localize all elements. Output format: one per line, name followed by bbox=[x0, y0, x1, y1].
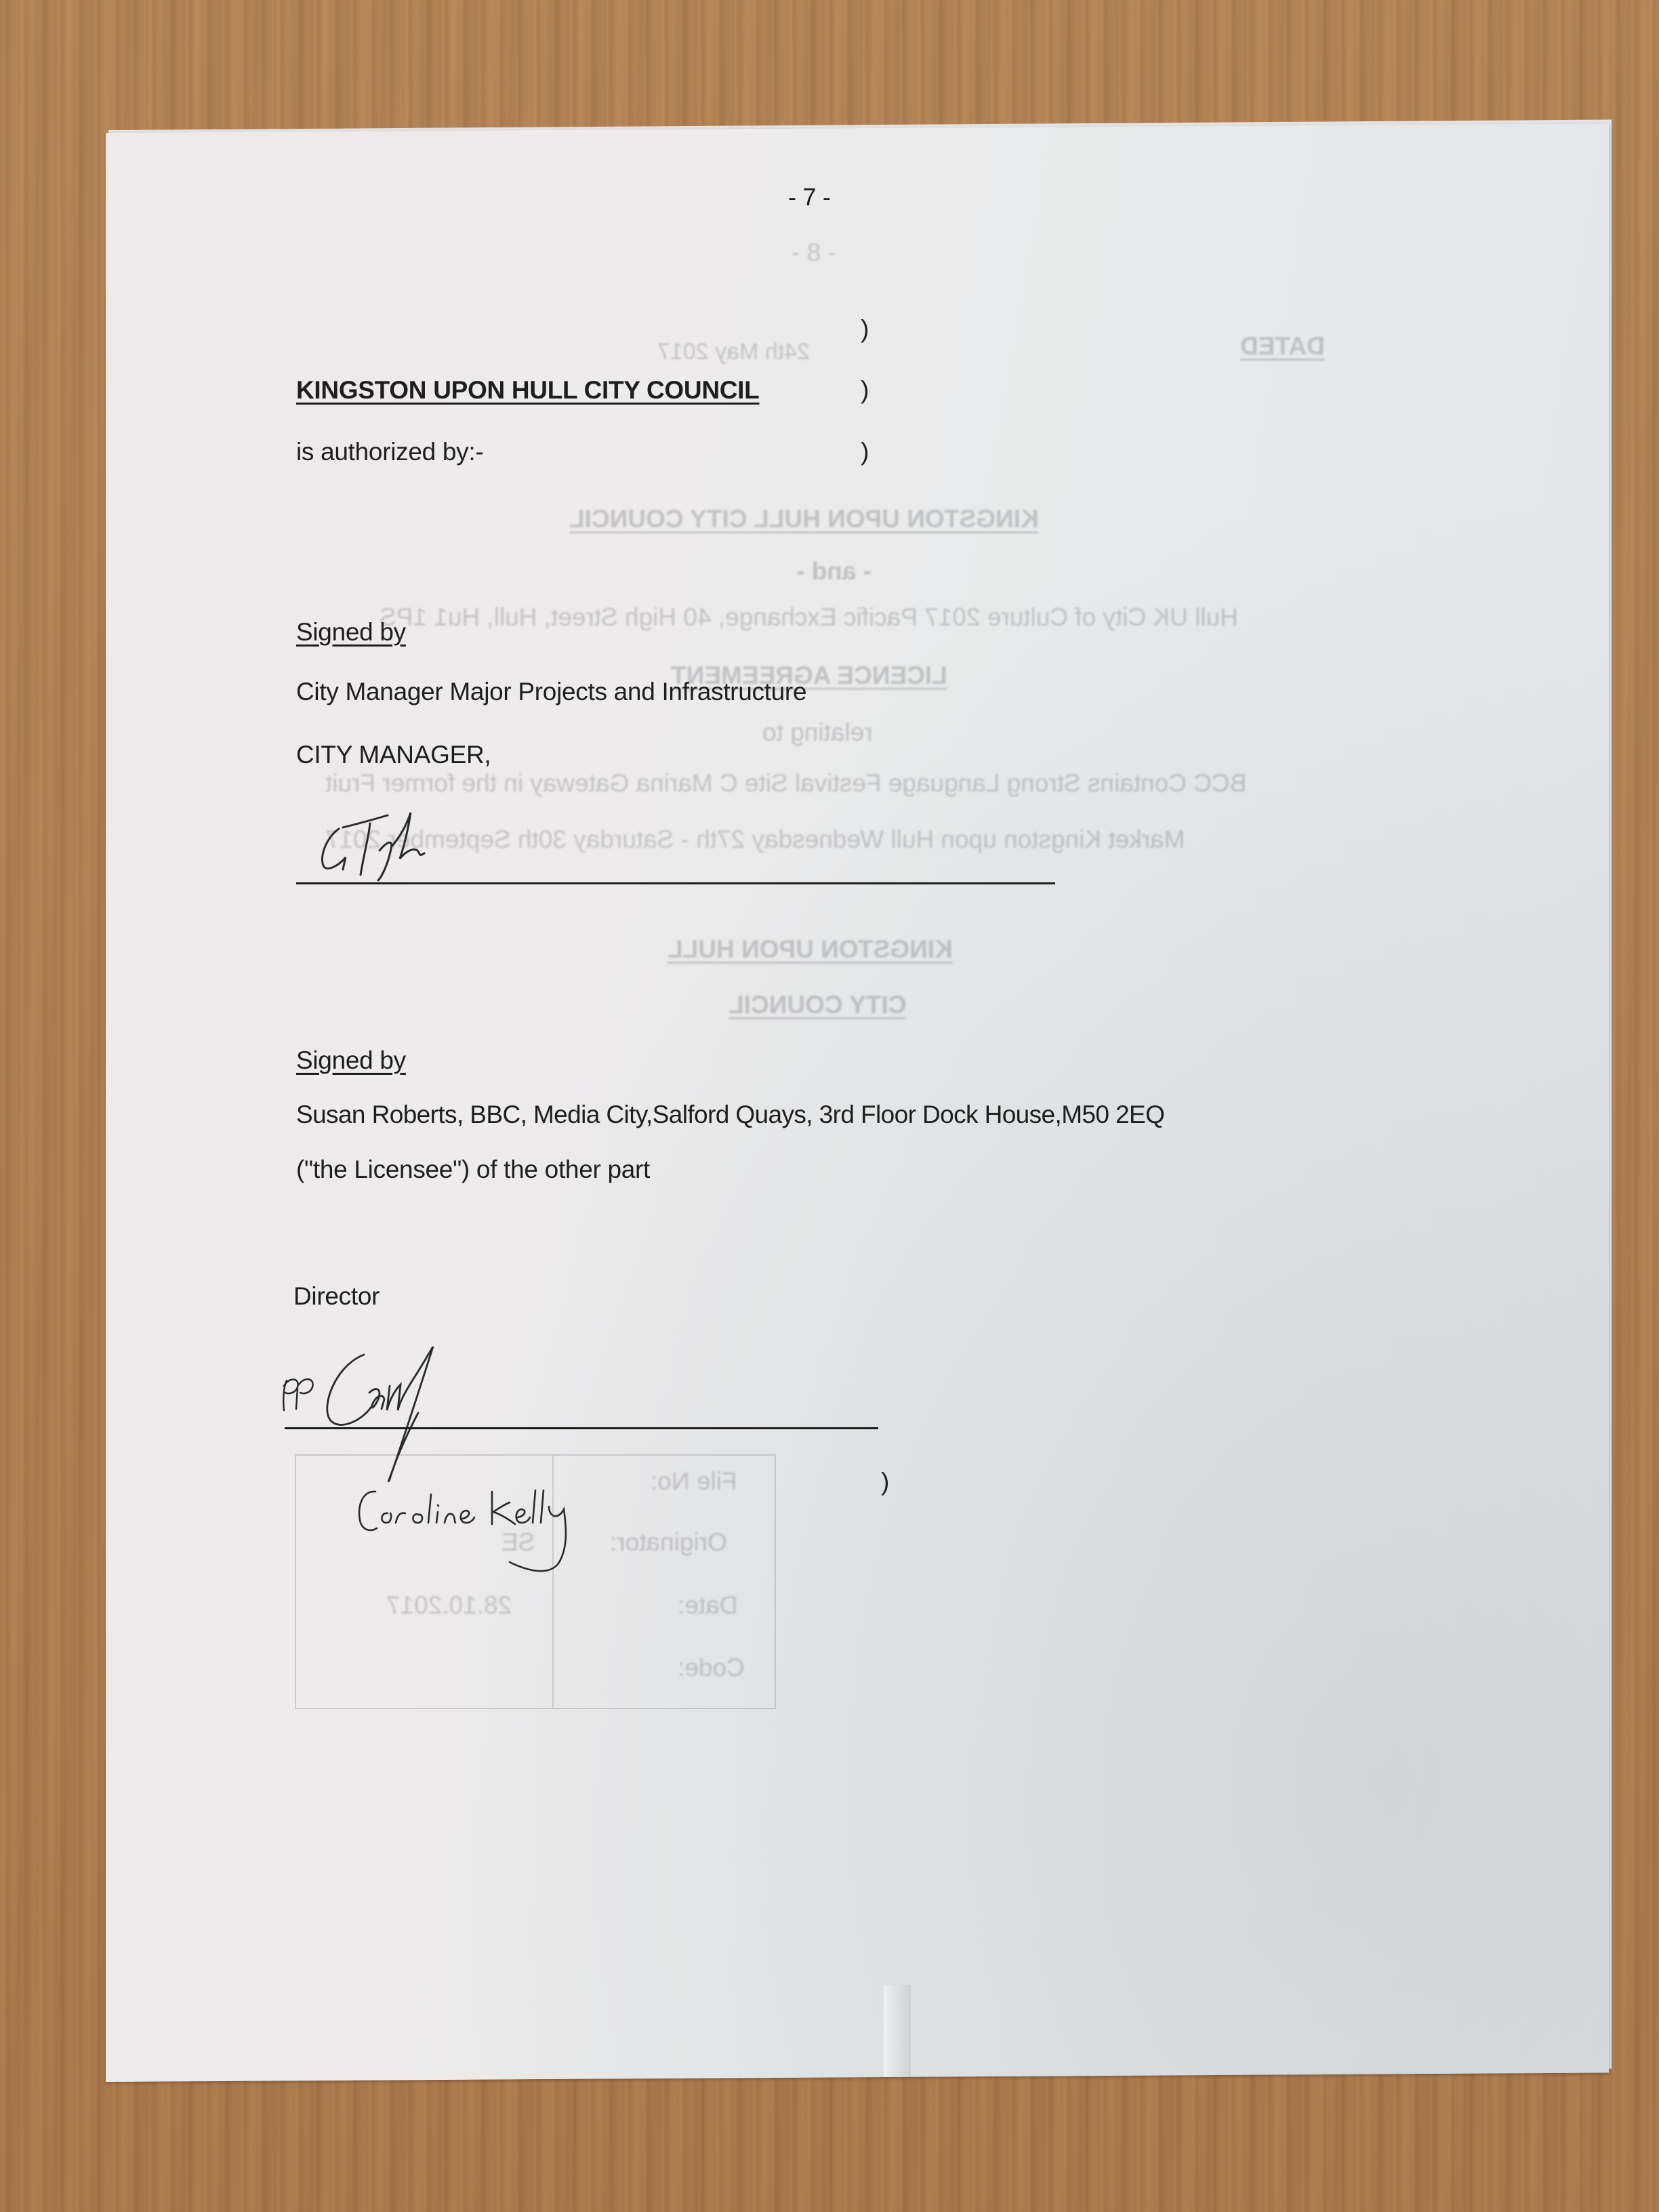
bleed-stamp-label: File No: bbox=[651, 1467, 737, 1496]
licensee-party-line: ("the Licensee") of the other part bbox=[296, 1155, 650, 1184]
bracket: ) bbox=[861, 438, 869, 466]
bleed-relating-to: relating to bbox=[762, 718, 873, 747]
bleed-licensee-address: Hull UK City of Culture 2017 Pacific Exc… bbox=[380, 603, 1238, 632]
licensee-signature-line bbox=[285, 1427, 878, 1429]
bleed-footer-council-2: CITY COUNCIL bbox=[729, 991, 906, 1019]
council-party-name: KINGSTON UPON HULL CITY COUNCIL bbox=[296, 376, 759, 405]
bracket: ) bbox=[861, 315, 869, 344]
bleed-event-line-1: BCC Contains Strong Language Festival Si… bbox=[325, 769, 1246, 798]
council-signature-icon bbox=[312, 810, 474, 884]
page-number: - 7 - bbox=[788, 183, 831, 211]
bracket: ) bbox=[881, 1468, 889, 1496]
bleed-page-number: - 8 - bbox=[792, 239, 836, 267]
licensee-address: Susan Roberts, BBC, Media City,Salford Q… bbox=[296, 1101, 1164, 1129]
council-role: CITY MANAGER, bbox=[296, 741, 491, 769]
paper-crease bbox=[884, 1985, 911, 2077]
bleed-stamp-label: Code: bbox=[678, 1654, 745, 1682]
council-signed-by-label: Signed by bbox=[296, 618, 406, 647]
handwritten-name-icon bbox=[352, 1488, 637, 1589]
licensee-signed-by-label: Signed by bbox=[296, 1046, 406, 1075]
licensee-role: Director bbox=[293, 1282, 380, 1311]
authorized-by-label: is authorized by:- bbox=[296, 438, 483, 466]
bleed-stamp-label: Date: bbox=[678, 1591, 737, 1620]
bleed-and: - and - bbox=[796, 557, 872, 586]
bracket: ) bbox=[861, 376, 869, 405]
bleed-date-written: 24th May 2017 bbox=[657, 339, 810, 365]
council-signature-line bbox=[296, 882, 1055, 884]
bleed-footer-council-1: KINGSTON UPON HULL bbox=[668, 935, 953, 964]
council-signatory-title: City Manager Major Projects and Infrastr… bbox=[296, 678, 806, 706]
bleed-dated: DATED bbox=[1240, 332, 1325, 361]
bleed-stamp-value: 28.10.2017 bbox=[386, 1591, 512, 1620]
bleed-council: KINGSTON UPON HULL CITY COUNCIL bbox=[569, 505, 1039, 533]
